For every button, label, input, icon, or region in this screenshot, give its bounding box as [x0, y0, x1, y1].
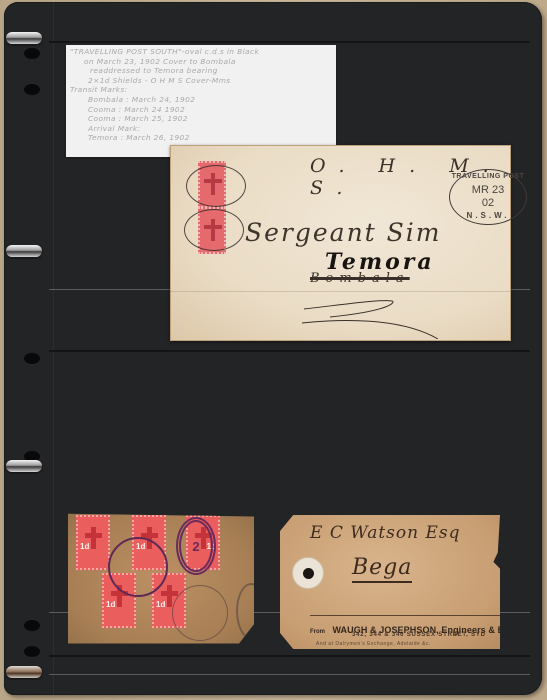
- binder-hole: [24, 48, 40, 59]
- travelling-post-postmark: TRAVELLING POST MR 23 02 N.S.W.: [449, 169, 527, 225]
- stamp-value: 1d: [156, 600, 165, 609]
- stamp-piece: 1d 1d 1d 1d 1d 2: [68, 511, 254, 649]
- binder-hole: [24, 353, 40, 364]
- binder-hole: [24, 646, 40, 657]
- town-struck-out: Bombala: [310, 271, 410, 286]
- note-line: Bombala : March 24, 1902: [70, 95, 332, 105]
- binder-ring: [6, 245, 42, 257]
- note-line: readdressed to Temora bearing: [70, 66, 332, 76]
- postmark-year: 02: [450, 197, 526, 209]
- addressee: Sergeant Sim: [245, 218, 442, 247]
- note-line: "TRAVELLING POST SOUTH"-oval c.d.s in Bl…: [70, 47, 332, 57]
- tag-town: Bega: [352, 555, 412, 583]
- shield-cross-icon: [91, 527, 96, 549]
- tag-rule: [310, 615, 500, 616]
- description-note-card: "TRAVELLING POST SOUTH"-oval c.d.s in Bl…: [66, 45, 336, 157]
- oval-cancel: [186, 165, 246, 207]
- stamp-value: 1d: [106, 600, 115, 609]
- from-label: From: [310, 629, 325, 635]
- strip-divider: [49, 41, 530, 43]
- strip-divider: [49, 655, 530, 657]
- binder-ring: [6, 666, 42, 678]
- binder-hole: [24, 84, 40, 95]
- oval-cancel: [184, 209, 244, 251]
- firm-branch: And at Dalrymen's Exchange, Adelaide &c.: [316, 641, 431, 647]
- note-line: Cooma : March 25, 1902: [70, 114, 332, 124]
- shield-stamp: 1d: [76, 515, 110, 570]
- circular-datestamp: [108, 537, 168, 597]
- stamp-value: 1d: [80, 542, 89, 551]
- postmark-date: MR 23: [450, 184, 526, 196]
- strip-divider: [49, 350, 530, 352]
- strip-divider: [49, 674, 530, 675]
- note-line: on March 23, 1902 Cover to Bombala: [70, 57, 332, 67]
- binder-hole: [24, 620, 40, 631]
- envelope-fold: [170, 291, 511, 292]
- eyelet-icon: [292, 557, 324, 589]
- shield-cross-icon: [167, 585, 172, 607]
- circular-datestamp: [172, 585, 228, 641]
- note-line: 2×1d Shields - O H M S Cover-Mms: [70, 76, 332, 86]
- page-margin: [14, 2, 54, 695]
- parcel-tag: E C Watson Esq Bega From WAUGH & JOSEPHS…: [280, 515, 500, 649]
- postmark-top: TRAVELLING POST: [450, 173, 526, 180]
- note-line: Transit Marks:: [70, 85, 332, 95]
- pen-flourish: [300, 297, 440, 339]
- barred-numeral-cancel: 2: [176, 517, 216, 575]
- numeral: 2: [181, 539, 211, 554]
- binder-ring: [6, 460, 42, 472]
- binder-ring: [6, 32, 42, 44]
- tag-addressee: E C Watson Esq: [310, 523, 461, 543]
- postmark-bottom: N.S.W.: [450, 211, 526, 220]
- ohms-cover-envelope: O. H. M. S. Sergeant Sim Temora Bombala …: [170, 145, 511, 341]
- note-line: Cooma : March 24 1902: [70, 105, 332, 115]
- note-line: Arrival Mark:: [70, 124, 332, 134]
- firm-address: 342, 344 & 346 SUSSEX STREET, SYD: [352, 632, 486, 638]
- note-line: Temora : March 26, 1902: [70, 133, 332, 143]
- stamp-pair: [184, 161, 241, 255]
